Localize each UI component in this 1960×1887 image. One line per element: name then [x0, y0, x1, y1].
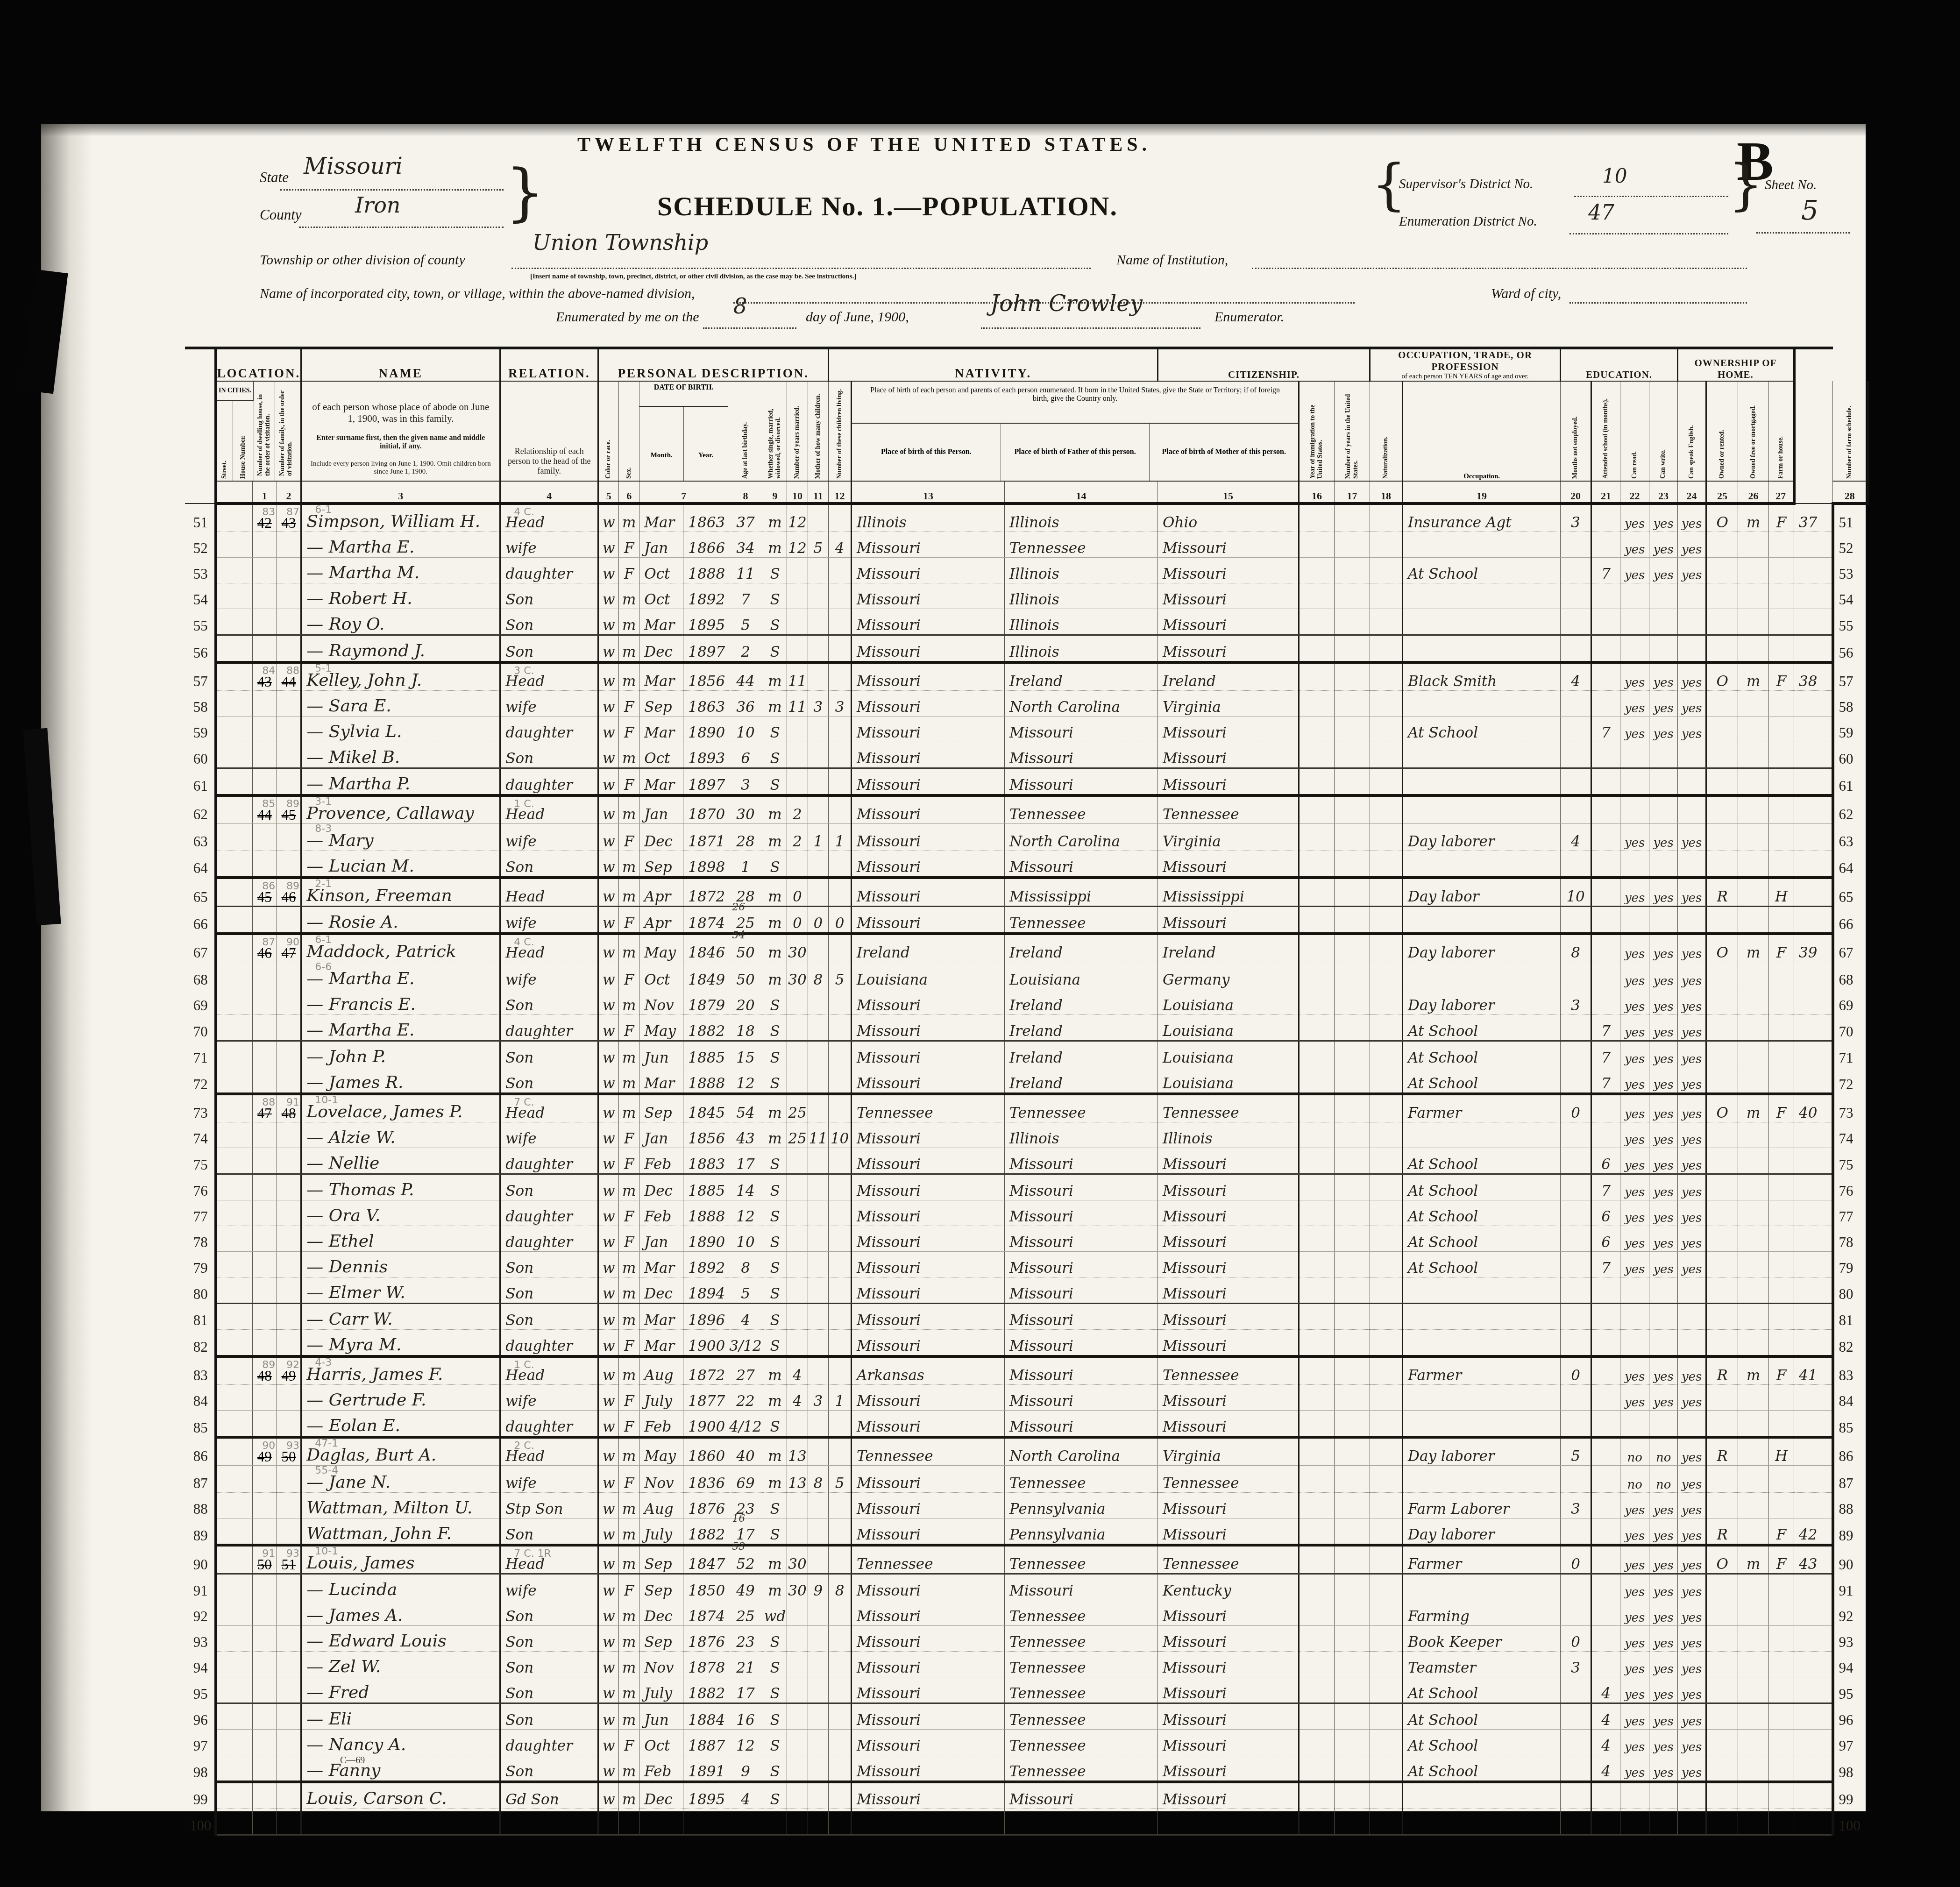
street-cell	[216, 1015, 231, 1041]
house-number-cell	[231, 1094, 253, 1122]
mother-of-children-cell	[808, 609, 828, 635]
cell-value: 79	[193, 1260, 208, 1276]
mother-birthplace-cell: Ireland	[1158, 934, 1299, 962]
line-number-cell: 62	[185, 795, 216, 824]
relation-cell: wife	[500, 1466, 598, 1493]
color-cell: w	[598, 504, 619, 532]
farm-or-house-cell: F	[1769, 662, 1794, 691]
guide-number: 8	[728, 481, 763, 504]
occupation-cell: At School	[1403, 1755, 1561, 1782]
naturalization-cell	[1370, 1304, 1403, 1330]
line-number-cell: 51	[1833, 504, 1868, 532]
guide-number: 6	[619, 481, 639, 504]
cell-value: Son	[505, 1075, 533, 1092]
cell-value: Missouri	[857, 833, 921, 850]
cell-value: m	[622, 1712, 636, 1729]
months-not-employed-cell	[1561, 851, 1591, 878]
age-cell: 54	[728, 1094, 763, 1122]
can-read-cell: yes	[1620, 691, 1649, 716]
cell-value: July	[644, 1685, 672, 1702]
occupation-cell	[1403, 583, 1561, 609]
cell-value: wife	[505, 915, 536, 932]
schedule-title: SCHEDULE No. 1.—POPULATION.	[537, 191, 1238, 222]
immigration-year-cell	[1299, 1437, 1335, 1466]
attended-school-cell	[1591, 1626, 1620, 1652]
street-cell	[216, 1782, 231, 1809]
owned-rented-cell	[1706, 716, 1738, 742]
cell-value: 1900	[688, 1338, 725, 1355]
cell-value: F	[624, 1234, 634, 1251]
sex-cell: F	[619, 1385, 639, 1411]
owned-free-mortgaged-cell: m	[1738, 1094, 1769, 1122]
children-living-column-label: Number of these children living.	[829, 381, 852, 481]
cell-value: w	[603, 1075, 615, 1092]
cell-value: S	[770, 724, 780, 741]
guide-number: 1	[252, 481, 277, 504]
cell-value: — Lucian M.	[306, 857, 414, 876]
immigration-year-cell	[1299, 1755, 1335, 1782]
children-living-cell	[829, 1015, 852, 1041]
years-in-us-cell	[1335, 1782, 1370, 1809]
line-number-cell: 89	[1833, 1518, 1868, 1546]
cell-value: — Nancy A.	[306, 1735, 406, 1754]
cell-value: yes	[1653, 1559, 1673, 1573]
months-not-employed-cell	[1561, 1755, 1591, 1782]
mother-birthplace-cell: Missouri	[1158, 716, 1299, 742]
color-cell: w	[598, 1356, 619, 1385]
cell-value: Missouri	[857, 997, 921, 1014]
dwelling-number-cell	[252, 1703, 277, 1730]
years-in-us-cell	[1335, 504, 1370, 532]
cell-value: yes	[1682, 1133, 1702, 1147]
attended-school-column-label: Attended school (in months).	[1591, 381, 1620, 481]
immigration-year-cell	[1299, 851, 1335, 878]
cell-value: — James R.	[306, 1073, 403, 1092]
occupation-cell: At School	[1403, 716, 1561, 742]
dwelling-number-cell: 9049	[252, 1437, 277, 1466]
census-row: 638-3— MarywifewFDec187128m211MissouriNo…	[185, 824, 1868, 851]
birth-month-cell: Jan	[639, 532, 683, 558]
cell-value: F	[624, 833, 634, 850]
marital-status-cell: S	[763, 742, 787, 768]
guide-number: 12	[829, 481, 852, 504]
owned-rented-cell	[1706, 558, 1738, 583]
can-read-cell	[1620, 609, 1649, 635]
cell-value: Missouri	[1009, 1393, 1073, 1410]
cell-value: Virginia	[1163, 699, 1221, 716]
name-cell: — Lucinda	[301, 1574, 500, 1600]
owned-free-mortgaged-cell	[1738, 1755, 1769, 1782]
cell-value: 4	[1601, 1738, 1611, 1754]
cell-value: 45	[281, 807, 296, 823]
cell-value: yes	[1653, 1688, 1673, 1702]
dwelling-number-cell: 8746	[252, 934, 277, 962]
years-in-us-cell	[1335, 1122, 1370, 1148]
census-row: 75— NelliedaughterwFFeb188317SMissouriMi…	[185, 1148, 1868, 1174]
birth-year-cell: 1856	[683, 1122, 728, 1148]
birthplace-cell: Missouri	[852, 1466, 1005, 1493]
naturalization-cell	[1370, 1574, 1403, 1600]
line-number-cell: 98	[1833, 1755, 1868, 1782]
sex-cell: F	[619, 1411, 639, 1438]
mother-of-children-cell: 8	[808, 1466, 828, 1493]
can-write-cell: yes	[1649, 824, 1678, 851]
birth-year-cell: 1871	[683, 824, 728, 851]
cell-value: 10	[736, 724, 754, 741]
years-in-us-cell	[1335, 1652, 1370, 1677]
can-read-cell	[1620, 795, 1649, 824]
family-number-cell	[277, 1730, 301, 1755]
guide-number: 10	[787, 481, 808, 504]
cell-value: F	[624, 566, 634, 582]
mother-birthplace-cell: Mississippi	[1158, 878, 1299, 907]
sex-cell: m	[619, 989, 639, 1015]
years-in-us-cell	[1335, 1174, 1370, 1200]
occupation-cell	[1403, 851, 1561, 878]
occupation-cell	[1403, 1574, 1561, 1600]
cell-value: m	[768, 972, 781, 988]
relation-cell: 1 C.Head	[500, 795, 598, 824]
owned-rented-cell	[1706, 1385, 1738, 1411]
cell-value: yes	[1653, 727, 1673, 741]
family-number-column-label: Number of family, in the order of visita…	[275, 382, 298, 481]
cell-value: Louisiana	[857, 972, 928, 988]
color-cell: w	[598, 824, 619, 851]
farm-schedule-cell: 43	[1794, 1545, 1833, 1574]
immigration-year-cell	[1299, 878, 1335, 907]
mother-of-children-cell	[808, 1015, 828, 1041]
cell-value: 6	[1601, 1156, 1611, 1173]
line-number-cell: 81	[185, 1304, 216, 1330]
father-birthplace-cell: North Carolina	[1005, 1437, 1158, 1466]
cell-value: 99	[193, 1791, 208, 1808]
house-number-cell	[231, 795, 253, 824]
cell-value: S	[770, 1075, 780, 1092]
sex-cell: F	[619, 1148, 639, 1174]
cell-value: Sep	[644, 699, 672, 716]
cell-value: — Zel W.	[306, 1657, 381, 1676]
farm-schedule-cell	[1794, 1041, 1833, 1067]
cell-value: w	[603, 1634, 615, 1651]
birth-month-cell: Aug	[639, 1493, 683, 1518]
owned-free-mortgaged-cell	[1738, 558, 1769, 583]
street-cell	[216, 1600, 231, 1626]
color-cell: w	[598, 1226, 619, 1252]
cell-value: Missouri	[857, 1685, 921, 1702]
cell-value: Son	[505, 859, 533, 876]
cell-value: 93	[1839, 1634, 1853, 1650]
cell-value: 100	[190, 1817, 212, 1834]
sheet-line	[1756, 232, 1850, 234]
cell-value: North Carolina	[1009, 833, 1120, 850]
cell-value: m	[622, 1685, 636, 1702]
street-cell	[216, 1094, 231, 1122]
cell-value: 54	[1839, 591, 1853, 608]
guide-number: 23	[1649, 481, 1678, 504]
cell-value: Missouri	[1163, 1419, 1227, 1435]
name-cell: — Sara E.	[301, 691, 500, 716]
months-not-employed-cell: 4	[1561, 824, 1591, 851]
cell-value: yes	[1682, 1766, 1702, 1780]
farm-schedule-cell	[1794, 878, 1833, 907]
cell-value: May	[644, 944, 676, 961]
mother-birthplace-cell: Virginia	[1158, 691, 1299, 716]
birth-month-cell: Jun	[639, 1041, 683, 1067]
relation-cell	[500, 1809, 598, 1835]
farm-or-house-cell	[1769, 907, 1794, 934]
farm-or-house-cell	[1769, 532, 1794, 558]
naturalization-cell	[1370, 1782, 1403, 1809]
age-cell: 9	[728, 1755, 763, 1782]
cell-value: Tennessee	[857, 1105, 933, 1121]
cell-value: S	[770, 1156, 780, 1173]
cell-value: w	[603, 1526, 615, 1543]
name-cell: — Martha E.	[301, 532, 500, 558]
birth-year-cell	[683, 1809, 728, 1835]
children-living-cell	[829, 716, 852, 742]
can-write-column-label: Can write.	[1649, 381, 1678, 481]
cell-value: yes	[1682, 836, 1702, 850]
mother-birthplace-cell: Louisiana	[1158, 1015, 1299, 1041]
sex-cell: m	[619, 1600, 639, 1626]
name-cell: — Nancy A.	[301, 1730, 500, 1755]
cell-value: Missouri	[1163, 1234, 1227, 1251]
cell-value: — James A.	[306, 1606, 403, 1625]
cell-value: 4	[741, 1312, 750, 1329]
can-read-cell: yes	[1620, 1626, 1649, 1652]
relation-cell: 1 C.Head	[500, 1356, 598, 1385]
mother-birthplace-cell: Missouri	[1158, 1730, 1299, 1755]
color-cell: w	[598, 609, 619, 635]
age-cell: 16	[728, 1703, 763, 1730]
cell-value: 51	[1839, 514, 1853, 531]
can-speak-english-cell	[1678, 1304, 1706, 1330]
relation-cell: wife	[500, 532, 598, 558]
cell-value: yes	[1682, 1026, 1702, 1040]
birth-year-cell: 1887	[683, 1730, 728, 1755]
age-cell: 5	[728, 609, 763, 635]
can-speak-english-cell: yes	[1678, 1518, 1706, 1546]
mother-of-children-cell	[808, 1652, 828, 1677]
birth-month-cell	[639, 1809, 683, 1835]
cell-value: 98	[193, 1764, 208, 1781]
owned-rented-cell	[1706, 1466, 1738, 1493]
marital-status-cell: m	[763, 1356, 787, 1385]
farm-or-house-cell	[1769, 1574, 1794, 1600]
mother-birthplace-cell: Missouri	[1158, 1385, 1299, 1411]
guide-number: 11	[808, 481, 828, 504]
birth-month-cell: July	[639, 1677, 683, 1703]
father-birthplace-cell: Tennessee	[1005, 532, 1158, 558]
can-speak-english-cell: yes	[1678, 1226, 1706, 1252]
cell-value: — Carr W.	[306, 1310, 392, 1329]
attended-school-cell	[1591, 1385, 1620, 1411]
line-number-cell: 61	[185, 768, 216, 796]
occupation-cell	[1403, 609, 1561, 635]
cell-value: wife	[505, 699, 536, 716]
owned-rented-cell: R	[1706, 1518, 1738, 1546]
can-read-cell	[1620, 1304, 1649, 1330]
line-number-cell: 53	[185, 558, 216, 583]
line-number-cell: 54	[185, 583, 216, 609]
cell-value: 10	[1566, 888, 1584, 905]
father-birthplace-cell: Illinois	[1005, 583, 1158, 609]
sex-cell: m	[619, 504, 639, 532]
occupation-column-label: Occupation.	[1403, 381, 1561, 481]
birth-year-cell: 1892	[683, 583, 728, 609]
dwelling-number-cell	[252, 851, 277, 878]
can-speak-english-cell	[1678, 851, 1706, 878]
father-birthplace-cell: Louisiana	[1005, 962, 1158, 989]
line-number-cell: 64	[1833, 851, 1868, 878]
guide-number: 19	[1403, 481, 1561, 504]
children-living-cell: 10	[829, 1122, 852, 1148]
relation-cell: 4 C.Head	[500, 934, 598, 962]
children-living-cell	[829, 1200, 852, 1226]
years-in-us-cell	[1335, 934, 1370, 962]
naturalization-cell	[1370, 907, 1403, 934]
marital-status-cell: m	[763, 934, 787, 962]
birthplace-cell: Missouri	[852, 583, 1005, 609]
mother-of-children-cell	[808, 1252, 828, 1277]
can-speak-english-cell: yes	[1678, 1626, 1706, 1652]
cell-value: 68	[193, 972, 208, 988]
immigration-year-cell	[1299, 1466, 1335, 1493]
census-row: 88Wattman, Milton U.Stp SonwmAug187623SM…	[185, 1493, 1868, 1518]
supervisor-district-label: Supervisor's District No.	[1399, 177, 1533, 192]
occupation-cell: Farmer	[1403, 1094, 1561, 1122]
cell-value: 47	[257, 1105, 272, 1121]
birth-month-cell: May	[639, 1437, 683, 1466]
farm-or-house-cell	[1769, 1226, 1794, 1252]
line-number-cell: 71	[1833, 1041, 1868, 1067]
cell-value: yes	[1682, 1740, 1702, 1754]
cell-value: yes	[1653, 517, 1673, 531]
cell-value: 7	[1601, 724, 1611, 741]
farm-or-house-cell: F	[1769, 1545, 1794, 1574]
can-write-cell: yes	[1649, 1703, 1678, 1730]
marital-status-cell: S	[763, 1518, 787, 1546]
cell-value: 76	[1839, 1183, 1853, 1199]
farm-or-house-cell	[1769, 558, 1794, 583]
cell-value: Missouri	[857, 1023, 921, 1040]
color-cell: w	[598, 583, 619, 609]
owned-rented-cell	[1706, 1411, 1738, 1438]
can-write-cell: yes	[1649, 1652, 1678, 1677]
cell-value: Son	[505, 1312, 533, 1329]
months-not-employed-cell	[1561, 1518, 1591, 1546]
line-number-cell: 94	[1833, 1652, 1868, 1677]
cell-value: Dec	[644, 644, 673, 660]
years-in-us-cell	[1335, 1411, 1370, 1438]
cell-value: 71	[1839, 1050, 1853, 1066]
attended-school-cell	[1591, 1277, 1620, 1304]
cell-value: Missouri	[1163, 1791, 1227, 1808]
occupation-cell: At School	[1403, 1252, 1561, 1277]
birthplace-cell: Missouri	[852, 1041, 1005, 1067]
cell-value: 67	[1839, 944, 1853, 961]
immigration-year-cell	[1299, 1122, 1335, 1148]
guide-number: 13	[852, 481, 1005, 504]
farm-schedule-cell	[1794, 583, 1833, 609]
father-birthplace-cell: Tennessee	[1005, 1094, 1158, 1122]
birth-month-cell: Jun	[639, 1703, 683, 1730]
sex-cell: m	[619, 795, 639, 824]
occupation-cell	[1403, 1809, 1561, 1835]
cell-value: Missouri	[1009, 777, 1073, 794]
family-number-cell: 9148	[277, 1094, 301, 1122]
can-write-cell: no	[1649, 1466, 1678, 1493]
can-speak-english-cell	[1678, 1809, 1706, 1835]
attended-school-cell	[1591, 1437, 1620, 1466]
cell-value: Missouri	[1163, 1312, 1227, 1329]
cell-value: Missouri	[1009, 1582, 1073, 1599]
age-cell: 34	[728, 532, 763, 558]
can-speak-english-cell	[1678, 795, 1706, 824]
birth-month-cell: Feb	[639, 1148, 683, 1174]
cell-value: no	[1656, 1478, 1671, 1492]
color-cell: w	[598, 1600, 619, 1626]
street-cell	[216, 934, 231, 962]
years-married-cell	[787, 609, 808, 635]
name-cell: 10-1Louis, James	[301, 1545, 500, 1574]
line-number-cell: 73	[185, 1094, 216, 1122]
mother-birthplace-cell: Missouri	[1158, 1304, 1299, 1330]
birthplace-cell: Ireland	[852, 934, 1005, 962]
sex-cell: m	[619, 1755, 639, 1782]
marital-status-cell: S	[763, 1411, 787, 1438]
cell-value: yes	[1682, 1585, 1702, 1599]
age-cell: 25	[728, 1600, 763, 1626]
owned-rented-cell	[1706, 1252, 1738, 1277]
guide-number: 2	[277, 481, 301, 504]
farm-or-house-cell	[1769, 824, 1794, 851]
can-write-cell: yes	[1649, 1600, 1678, 1626]
marital-status-cell: m	[763, 1385, 787, 1411]
line-number-cell: 83	[1833, 1356, 1868, 1385]
months-not-employed-cell	[1561, 962, 1591, 989]
cell-value: Tennessee	[857, 1556, 933, 1573]
cell-value: 1897	[688, 777, 725, 794]
years-in-us-cell	[1335, 1277, 1370, 1304]
cell-value: 1871	[688, 833, 725, 850]
immigration-year-cell	[1299, 1703, 1335, 1730]
house-number-cell	[231, 1226, 253, 1252]
can-speak-english-cell	[1678, 907, 1706, 934]
owned-free-mortgaged-cell	[1738, 1200, 1769, 1226]
dwelling-number-cell	[252, 1809, 277, 1835]
mother-of-children-cell	[808, 1304, 828, 1330]
cell-value: Son	[505, 1183, 533, 1199]
months-not-employed-cell: 3	[1561, 989, 1591, 1015]
name-cell: 2-1Kinson, Freeman	[301, 878, 500, 907]
farm-schedule-cell	[1794, 1411, 1833, 1438]
cell-value: Day laborer	[1408, 833, 1495, 850]
cell-value: 90	[1839, 1556, 1853, 1573]
name-cell: 10-1Lovelace, James P.	[301, 1094, 500, 1122]
color-cell: w	[598, 1041, 619, 1067]
cell-value: 4/12	[729, 1419, 762, 1435]
cell-value: Missouri	[1163, 1393, 1227, 1410]
cell-value: Illinois	[1009, 644, 1059, 660]
cell-value: w	[603, 1660, 615, 1676]
cell-value: 36	[736, 699, 754, 716]
cell-value: 8	[1571, 944, 1580, 961]
birthplace-cell	[852, 1809, 1005, 1835]
occupation-cell	[1403, 1304, 1561, 1330]
age-cell: 43	[728, 1122, 763, 1148]
line-number-cell: 66	[185, 907, 216, 934]
